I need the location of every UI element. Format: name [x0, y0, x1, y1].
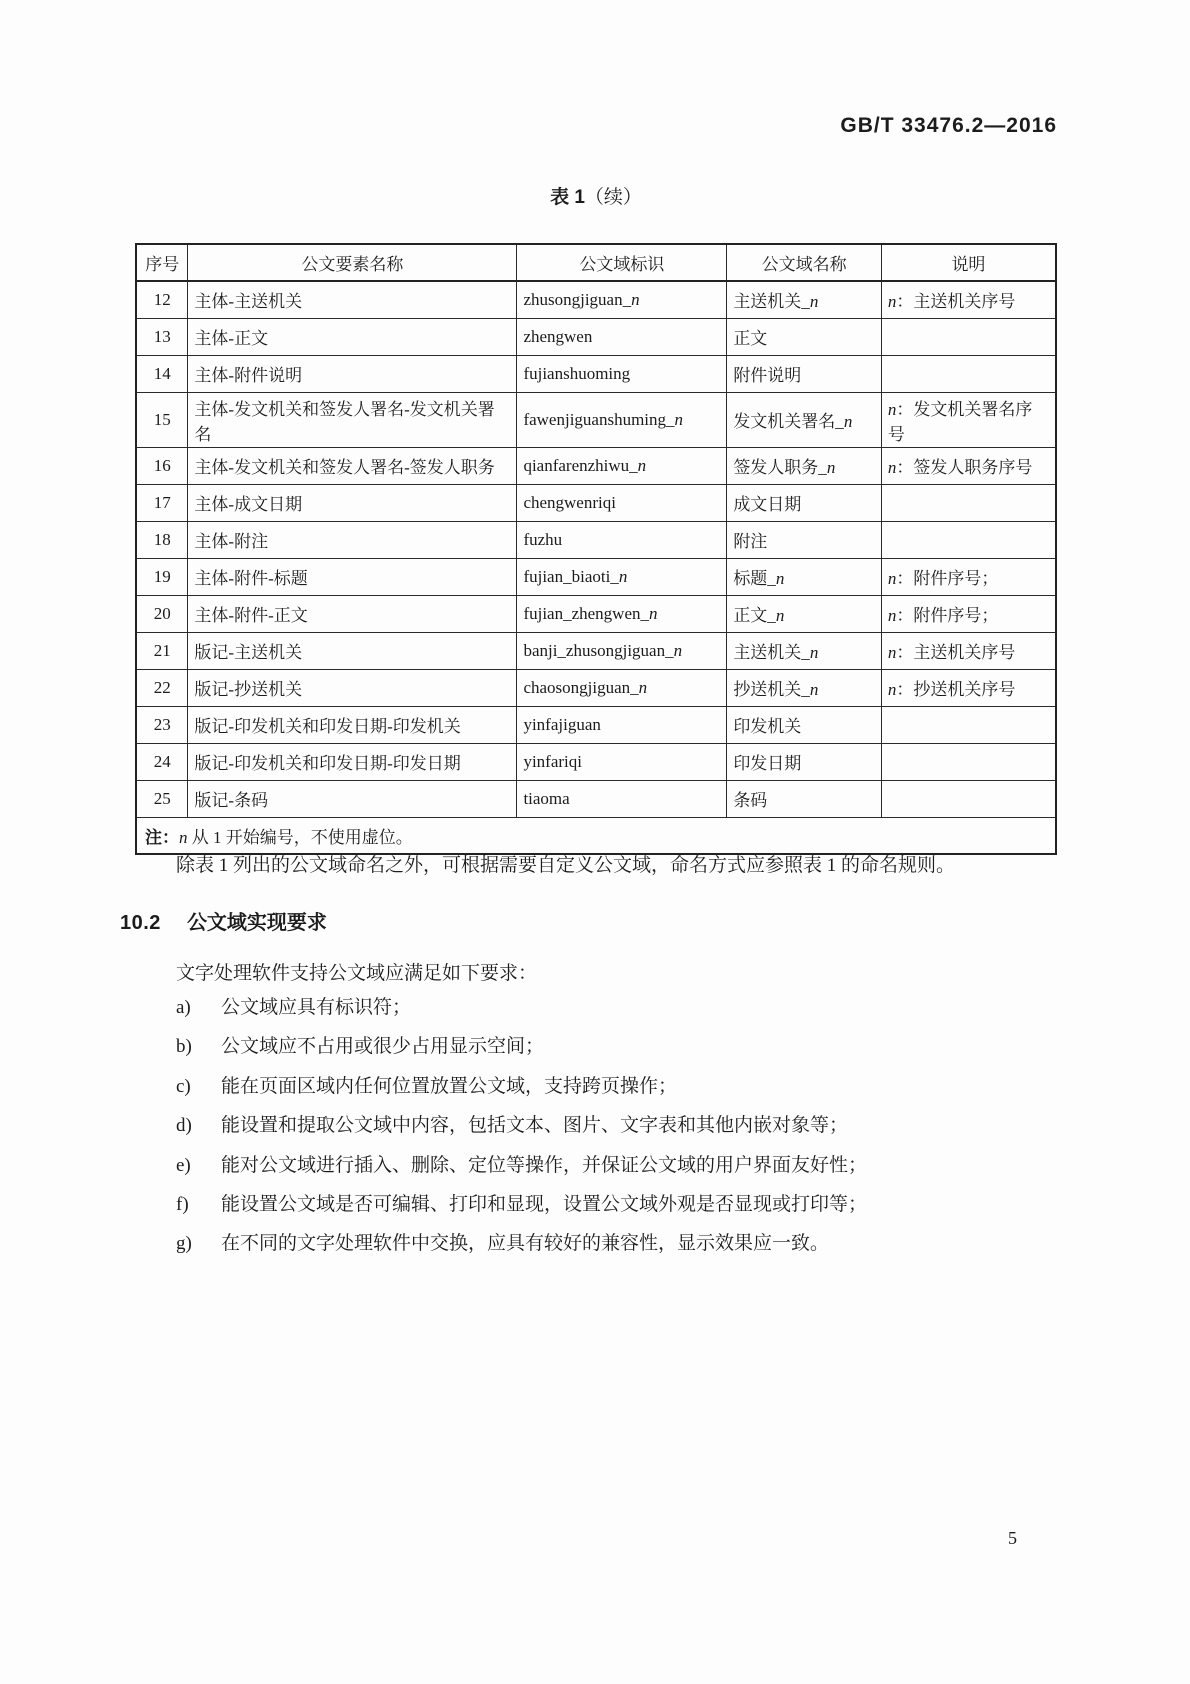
field-name-index: n	[776, 606, 785, 625]
cell-field-name: 条码	[727, 780, 882, 817]
cell-remark	[881, 521, 1056, 558]
requirement-marker: b)	[176, 1037, 221, 1058]
cell-field-id: fujianshuoming	[517, 355, 727, 392]
element-name: 主体-正文	[194, 329, 268, 348]
field-name: 发文机关署名_	[733, 412, 844, 431]
field-name: 印发日期	[733, 754, 801, 773]
field-identifier-index: n	[649, 604, 658, 623]
cell-field-id: fawenjiguanshuming_n	[517, 392, 727, 447]
field-name-index: n	[844, 412, 853, 431]
element-name: 版记-主送机关	[194, 643, 302, 662]
row-number: 20	[154, 604, 171, 623]
remark-text: ：主送机关序号	[896, 643, 1015, 662]
table-row: 22 版记-抄送机关 chaosongjiguan_n 抄送机关_n n：抄送机…	[136, 669, 1056, 706]
row-number: 12	[154, 290, 171, 309]
field-identifier: chaosongjiguan_	[523, 678, 638, 697]
table-row: 14 主体-附件说明 fujianshuoming 附件说明	[136, 355, 1056, 392]
table-row: 12 主体-主送机关 zhusongjiguan_n 主送机关_n n：主送机关…	[136, 281, 1056, 318]
footnote-label: 注	[145, 828, 162, 847]
cell-field-name: 抄送机关_n	[727, 669, 882, 706]
field-identifier: zhengwen	[523, 327, 592, 346]
field-identifier-index: n	[638, 456, 647, 475]
requirement-text: 能在页面区域内任何位置放置公文域，支持跨页操作；	[221, 1077, 677, 1098]
cell-remark: n：发文机关署名序号	[881, 392, 1056, 447]
field-identifier: fujianshuoming	[523, 364, 630, 383]
cell-field-id: fuzhu	[517, 521, 727, 558]
cell-field-name: 正文	[727, 318, 882, 355]
cell-field-id: zhengwen	[517, 318, 727, 355]
row-number: 25	[154, 789, 171, 808]
table-row: 17 主体-成文日期 chengwenriqi 成文日期	[136, 484, 1056, 521]
cell-field-name: 正文_n	[727, 595, 882, 632]
cell-field-id: banji_zhusongjiguan_n	[517, 632, 727, 669]
cell-seq: 22	[136, 669, 188, 706]
remark-text: ：签发人职务序号	[896, 458, 1032, 477]
requirement-marker: e)	[176, 1156, 221, 1177]
cell-field-id: zhusongjiguan_n	[517, 281, 727, 318]
requirements-intro: 文字处理软件支持公文域应满足如下要求：	[120, 958, 1060, 985]
table-footnote: 注：n 从 1 开始编号，不使用虚位。	[136, 817, 1056, 854]
table-row: 24 版记-印发机关和印发日期-印发日期 yinfariqi 印发日期	[136, 743, 1056, 780]
table-title: 表 1（续）	[135, 182, 1057, 209]
cell-field-name: 主送机关_n	[727, 281, 882, 318]
requirement-text: 在不同的文字处理软件中交换，应具有较好的兼容性，显示效果应一致。	[221, 1234, 829, 1255]
field-name: 条码	[733, 791, 767, 810]
element-name: 主体-附件-标题	[194, 569, 307, 588]
element-name: 版记-抄送机关	[194, 680, 302, 699]
field-identifier: chengwenriqi	[523, 493, 616, 512]
page-number: 5	[1008, 1528, 1017, 1549]
column-header-field-id: 公文域标识	[517, 244, 727, 281]
requirement-item: f)能设置公文域是否可编辑、打印和显现，设置公文域外观是否显现或打印等；	[176, 1195, 1060, 1216]
table-row: 15 主体-发文机关和签发人署名-发文机关署名 fawenjiguanshumi…	[136, 392, 1056, 447]
column-header-remark: 说明	[881, 244, 1056, 281]
field-identifier: zhusongjiguan_	[523, 290, 631, 309]
field-identifier-index: n	[619, 567, 628, 586]
table-row: 21 版记-主送机关 banji_zhusongjiguan_n 主送机关_n …	[136, 632, 1056, 669]
field-name: 标题_	[733, 569, 776, 588]
row-number: 15	[154, 410, 171, 429]
cell-seq: 15	[136, 392, 188, 447]
cell-remark	[881, 484, 1056, 521]
cell-seq: 23	[136, 706, 188, 743]
cell-seq: 25	[136, 780, 188, 817]
field-name: 印发机关	[733, 717, 801, 736]
requirement-marker: f)	[176, 1195, 221, 1216]
cell-seq: 13	[136, 318, 188, 355]
field-name: 正文_	[733, 606, 776, 625]
remark-text: ：附件序号；	[896, 606, 998, 625]
cell-remark: n：主送机关序号	[881, 632, 1056, 669]
cell-seq: 17	[136, 484, 188, 521]
cell-field-id: fujian_zhengwen_n	[517, 595, 727, 632]
cell-seq: 24	[136, 743, 188, 780]
cell-field-name: 印发机关	[727, 706, 882, 743]
table-footnote-row: 注：n 从 1 开始编号，不使用虚位。	[136, 817, 1056, 854]
cell-field-id: qianfarenzhiwu_n	[517, 447, 727, 484]
table-row: 19 主体-附件-标题 fujian_biaoti_n 标题_n n：附件序号；	[136, 558, 1056, 595]
document-page: GB/T 33476.2—2016 表 1（续） 序号 公文要素名称 公文域标识…	[0, 0, 1190, 1684]
table-row: 18 主体-附注 fuzhu 附注	[136, 521, 1056, 558]
cell-field-id: fujian_biaoti_n	[517, 558, 727, 595]
section-title: 公文域实现要求	[187, 912, 327, 934]
field-identifier-index: n	[675, 410, 684, 429]
field-identifier: yinfariqi	[523, 752, 582, 771]
paragraph-after-table: 除表 1 列出的公文域命名之外，可根据需要自定义公文域，命名方式应参照表 1 的…	[120, 852, 1060, 880]
field-name-index: n	[827, 458, 836, 477]
element-name: 版记-条码	[194, 791, 268, 810]
row-number: 14	[154, 364, 171, 383]
field-identifier: yinfajiguan	[523, 715, 600, 734]
cell-field-id: chaosongjiguan_n	[517, 669, 727, 706]
section-number: 10.2	[120, 912, 161, 934]
standard-code: GB/T 33476.2—2016	[840, 114, 1057, 138]
remark-text: ：附件序号；	[896, 569, 998, 588]
cell-element-name: 主体-附件-正文	[188, 595, 517, 632]
section-heading: 10.2公文域实现要求	[120, 906, 1060, 935]
cell-remark	[881, 355, 1056, 392]
cell-remark	[881, 743, 1056, 780]
requirement-item: c)能在页面区域内任何位置放置公文域，支持跨页操作；	[176, 1077, 1060, 1098]
element-name: 版记-印发机关和印发日期-印发日期	[194, 754, 460, 773]
table-row: 23 版记-印发机关和印发日期-印发机关 yinfajiguan 印发机关	[136, 706, 1056, 743]
cell-seq: 19	[136, 558, 188, 595]
remark-text: ：发文机关署名序号	[888, 400, 1033, 444]
cell-element-name: 主体-附件说明	[188, 355, 517, 392]
field-name: 主送机关_	[733, 292, 810, 311]
table-header: 序号 公文要素名称 公文域标识 公文域名称 说明	[136, 244, 1056, 281]
element-name: 版记-印发机关和印发日期-印发机关	[194, 717, 460, 736]
field-name-index: n	[810, 680, 819, 699]
element-name: 主体-发文机关和签发人署名-发文机关署名	[194, 400, 494, 444]
field-identifier: qianfarenzhiwu_	[523, 456, 637, 475]
cell-field-name: 标题_n	[727, 558, 882, 595]
field-identifier: banji_zhusongjiguan_	[523, 641, 673, 660]
cell-field-name: 主送机关_n	[727, 632, 882, 669]
cell-field-name: 发文机关署名_n	[727, 392, 882, 447]
cell-element-name: 主体-发文机关和签发人署名-签发人职务	[188, 447, 517, 484]
cell-element-name: 版记-抄送机关	[188, 669, 517, 706]
requirement-text: 公文域应不占用或很少占用显示空间；	[221, 1037, 544, 1058]
cell-field-name: 附件说明	[727, 355, 882, 392]
field-name: 主送机关_	[733, 643, 810, 662]
element-name: 主体-成文日期	[194, 495, 302, 514]
column-header-seq: 序号	[136, 244, 188, 281]
cell-remark: n：附件序号；	[881, 558, 1056, 595]
cell-seq: 16	[136, 447, 188, 484]
table-title-continued: （续）	[585, 187, 642, 208]
table-title-number: 表 1	[550, 187, 585, 208]
cell-field-name: 附注	[727, 521, 882, 558]
field-name: 附注	[733, 532, 767, 551]
field-name-index: n	[810, 643, 819, 662]
requirement-item: g)在不同的文字处理软件中交换，应具有较好的兼容性，显示效果应一致。	[176, 1234, 1060, 1255]
cell-remark: n：抄送机关序号	[881, 669, 1056, 706]
element-name: 主体-附件-正文	[194, 606, 307, 625]
requirements-list: a)公文域应具有标识符； b)公文域应不占用或很少占用显示空间； c)能在页面区…	[120, 998, 1060, 1274]
row-number: 24	[154, 752, 171, 771]
cell-seq: 12	[136, 281, 188, 318]
row-number: 21	[154, 641, 171, 660]
footnote-text: 从 1 开始编号，不使用虚位。	[188, 828, 413, 847]
field-name: 抄送机关_	[733, 680, 810, 699]
row-number: 19	[154, 567, 171, 586]
requirement-item: e)能对公文域进行插入、删除、定位等操作，并保证公文域的用户界面友好性；	[176, 1156, 1060, 1177]
requirement-item: a)公文域应具有标识符；	[176, 998, 1060, 1019]
field-identifier: fawenjiguanshuming_	[523, 410, 674, 429]
column-header-field-name: 公文域名称	[727, 244, 882, 281]
cell-element-name: 版记-主送机关	[188, 632, 517, 669]
requirement-marker: a)	[176, 998, 221, 1019]
footnote-colon: ：	[162, 828, 179, 847]
cell-remark: n：附件序号；	[881, 595, 1056, 632]
cell-field-name: 印发日期	[727, 743, 882, 780]
cell-element-name: 版记-印发机关和印发日期-印发机关	[188, 706, 517, 743]
requirement-item: d)能设置和提取公文域中内容，包括文本、图片、文字表和其他内嵌对象等；	[176, 1116, 1060, 1137]
cell-field-name: 签发人职务_n	[727, 447, 882, 484]
cell-element-name: 主体-成文日期	[188, 484, 517, 521]
footnote-n: n	[179, 828, 188, 847]
cell-remark: n：签发人职务序号	[881, 447, 1056, 484]
field-identifier: fuzhu	[523, 530, 562, 549]
requirement-text: 能对公文域进行插入、删除、定位等操作，并保证公文域的用户界面友好性；	[221, 1156, 867, 1177]
cell-element-name: 主体-发文机关和签发人署名-发文机关署名	[188, 392, 517, 447]
cell-element-name: 主体-主送机关	[188, 281, 517, 318]
remark-text: ：抄送机关序号	[896, 680, 1015, 699]
cell-field-id: yinfariqi	[517, 743, 727, 780]
requirement-marker: g)	[176, 1234, 221, 1255]
field-name: 附件说明	[733, 366, 801, 385]
element-name: 主体-发文机关和签发人署名-签发人职务	[194, 458, 494, 477]
field-name: 成文日期	[733, 495, 801, 514]
cell-element-name: 版记-印发机关和印发日期-印发日期	[188, 743, 517, 780]
table-row: 20 主体-附件-正文 fujian_zhengwen_n 正文_n n：附件序…	[136, 595, 1056, 632]
remark-text: ：主送机关序号	[896, 292, 1015, 311]
field-identifier-index: n	[639, 678, 648, 697]
requirement-marker: c)	[176, 1077, 221, 1098]
field-identifier: fujian_zhengwen_	[523, 604, 649, 623]
cell-remark	[881, 318, 1056, 355]
cell-element-name: 版记-条码	[188, 780, 517, 817]
requirement-item: b)公文域应不占用或很少占用显示空间；	[176, 1037, 1060, 1058]
element-name: 主体-主送机关	[194, 292, 302, 311]
requirement-text: 能设置和提取公文域中内容，包括文本、图片、文字表和其他内嵌对象等；	[221, 1116, 848, 1137]
cell-field-id: chengwenriqi	[517, 484, 727, 521]
field-identifier-index: n	[631, 290, 640, 309]
row-number: 18	[154, 530, 171, 549]
field-name-index: n	[776, 569, 785, 588]
cell-seq: 18	[136, 521, 188, 558]
cell-remark	[881, 706, 1056, 743]
requirement-text: 公文域应具有标识符；	[221, 998, 411, 1019]
element-name: 主体-附注	[194, 532, 268, 551]
cell-field-name: 成文日期	[727, 484, 882, 521]
table-row: 16 主体-发文机关和签发人署名-签发人职务 qianfarenzhiwu_n …	[136, 447, 1056, 484]
row-number: 17	[154, 493, 171, 512]
cell-remark	[881, 780, 1056, 817]
field-identifier: tiaoma	[523, 789, 569, 808]
requirement-marker: d)	[176, 1116, 221, 1137]
table-row: 13 主体-正文 zhengwen 正文	[136, 318, 1056, 355]
field-name-index: n	[810, 292, 819, 311]
row-number: 13	[154, 327, 171, 346]
cell-field-id: yinfajiguan	[517, 706, 727, 743]
row-number: 22	[154, 678, 171, 697]
element-name: 主体-附件说明	[194, 366, 302, 385]
row-number: 23	[154, 715, 171, 734]
document-field-table: 序号 公文要素名称 公文域标识 公文域名称 说明 12 主体-主送机关 zhus…	[135, 243, 1057, 855]
cell-element-name: 主体-附件-标题	[188, 558, 517, 595]
requirement-text: 能设置公文域是否可编辑、打印和显现，设置公文域外观是否显现或打印等；	[221, 1195, 867, 1216]
field-name: 签发人职务_	[733, 458, 827, 477]
cell-seq: 14	[136, 355, 188, 392]
cell-field-id: tiaoma	[517, 780, 727, 817]
table-row: 25 版记-条码 tiaoma 条码	[136, 780, 1056, 817]
column-header-element-name: 公文要素名称	[188, 244, 517, 281]
cell-seq: 20	[136, 595, 188, 632]
row-number: 16	[154, 456, 171, 475]
cell-seq: 21	[136, 632, 188, 669]
cell-remark: n：主送机关序号	[881, 281, 1056, 318]
cell-element-name: 主体-附注	[188, 521, 517, 558]
field-identifier: fujian_biaoti_	[523, 567, 618, 586]
field-identifier-index: n	[674, 641, 683, 660]
cell-element-name: 主体-正文	[188, 318, 517, 355]
field-name: 正文	[733, 329, 767, 348]
